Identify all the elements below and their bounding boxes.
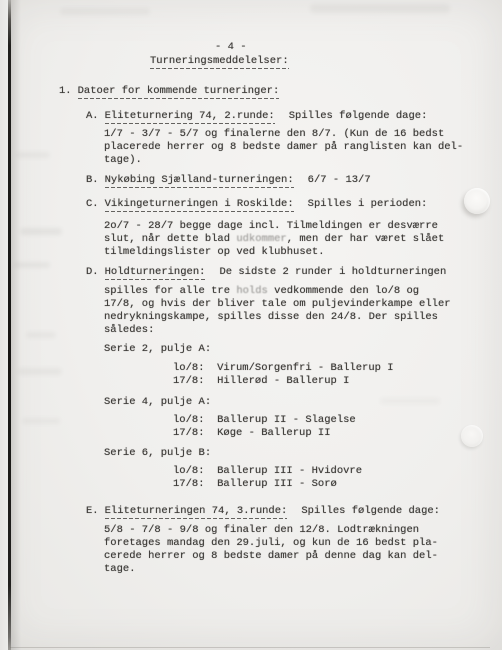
section-after-text: Spilles følgende dage: <box>289 110 428 122</box>
section-a-heading: A.Eliteturnering 74, 2.runde:Spilles føl… <box>86 110 427 123</box>
scanned-document-page: - 4 - Turneringsmeddelelser: 1.Datoer fo… <box>0 0 502 650</box>
faint-typed-word: udkommer <box>236 233 286 245</box>
series-2-heading: Serie 2, pulje A: <box>104 343 211 356</box>
line-part: slut, når dette blad <box>104 233 236 245</box>
section-label: Nykøbing Sjælland-turneringen: <box>105 174 294 188</box>
section-letter: D. <box>86 266 99 278</box>
section-e-heading: E.Eliteturneringen 74, 3.runde:Spilles f… <box>86 505 440 518</box>
scan-artifact <box>26 332 56 338</box>
document-title-text: Turneringsmeddelelser: <box>150 55 289 69</box>
section-letter: C. <box>86 198 99 210</box>
item-heading-text: Datoer for kommende turneringer: <box>78 85 280 99</box>
paragraph-line: foretages mandag den 29.juli, og kun de … <box>104 537 438 550</box>
section-label: Vikingeturneringen i Roskilde: <box>105 198 294 212</box>
paragraph-line: nedrykningskampe, spilles disse den 24/8… <box>104 311 438 324</box>
line-part: spilles for alle tre <box>104 285 236 297</box>
page-number: - 4 - <box>215 41 247 54</box>
match-line: lo/8: Ballerup III - Hvidovre <box>173 465 362 478</box>
scan-artifact <box>14 262 50 268</box>
section-after-text: Spilles i perioden: <box>308 198 428 210</box>
scan-edge-shadow <box>11 0 21 650</box>
scan-artifact <box>16 152 50 158</box>
faint-typed-word: holds <box>236 285 268 297</box>
section-letter: E. <box>86 505 99 517</box>
section-after-text: Spilles følgende dage: <box>301 505 440 517</box>
line-part: vedkommende den lo/8 og <box>268 285 419 297</box>
paragraph-line: cerede herrer og 8 bedste damer på denne… <box>104 550 438 563</box>
scan-artifact <box>20 228 62 235</box>
paragraph-line: 17/8, og hvis der bliver tale om puljevi… <box>104 298 451 311</box>
paragraph-line: tilmeldingslister op ved klubhuset. <box>104 246 325 259</box>
scan-artifact <box>18 368 62 375</box>
scan-artifact <box>60 8 150 15</box>
section-label: Holdturneringen: <box>105 266 206 280</box>
paragraph-line: 5/8 - 7/8 - 9/8 og finaler den 12/8. Lod… <box>104 524 419 537</box>
section-label: Eliteturneringen 74, 3.runde: <box>105 505 288 519</box>
section-after-text: De sidste 2 runder i holdturneringen <box>219 266 446 278</box>
paragraph-line: 2o/7 - 28/7 begge dage incl. Tilmeldinge… <box>104 220 438 233</box>
scan-left-margin <box>0 0 8 650</box>
match-line: 17/8: Ballerup III - Sorø <box>173 478 337 491</box>
paragraph-line: spilles for alle tre holds vedkommende d… <box>104 285 419 298</box>
series-6-heading: Serie 6, pulje B: <box>104 447 211 460</box>
paragraph-line: således: <box>104 324 154 337</box>
scan-artifact <box>310 4 450 13</box>
match-line: lo/8: Ballerup II - Slagelse <box>173 414 356 427</box>
paragraph-line: tage). <box>104 154 142 167</box>
scan-artifact <box>380 398 440 404</box>
scan-artifact <box>22 418 60 424</box>
series-4-heading: Serie 4, pulje A: <box>104 396 211 409</box>
paragraph-line: 1/7 - 3/7 - 5/7 og finalerne den 8/7. (K… <box>104 128 444 141</box>
paragraph-line: tage. <box>104 563 136 576</box>
section-b-heading: B.Nykøbing Sjælland-turneringen:6/7 - 13… <box>86 174 371 187</box>
paragraph-line: slut, når dette blad udkommer, men der h… <box>104 233 444 246</box>
section-letter: A. <box>86 110 99 122</box>
section-after-text: 6/7 - 13/7 <box>308 174 371 186</box>
numbered-item-heading: 1.Datoer for kommende turneringer: <box>59 85 279 98</box>
match-line: lo/8: Virum/Sorgenfri - Ballerup I <box>173 362 394 375</box>
section-letter: B. <box>86 174 99 186</box>
punch-hole-bottom <box>461 425 483 447</box>
paragraph-line: placerede herrer og 8 bedste damer på ra… <box>104 141 463 154</box>
document-title: Turneringsmeddelelser: <box>150 55 289 68</box>
section-c-heading: C.Vikingeturneringen i Roskilde:Spilles … <box>86 198 427 211</box>
match-line: 17/8: Hillerød - Ballerup I <box>173 375 349 388</box>
section-d-heading: D.Holdturneringen:De sidste 2 runder i h… <box>86 266 446 279</box>
section-label: Eliteturnering 74, 2.runde: <box>105 110 275 124</box>
punch-hole-top <box>464 188 490 214</box>
line-part: , men der har været slået <box>287 233 445 245</box>
scan-bottom-edge <box>10 647 490 648</box>
item-number: 1. <box>59 85 72 97</box>
match-line: 17/8: Køge - Ballerup II <box>173 427 331 440</box>
